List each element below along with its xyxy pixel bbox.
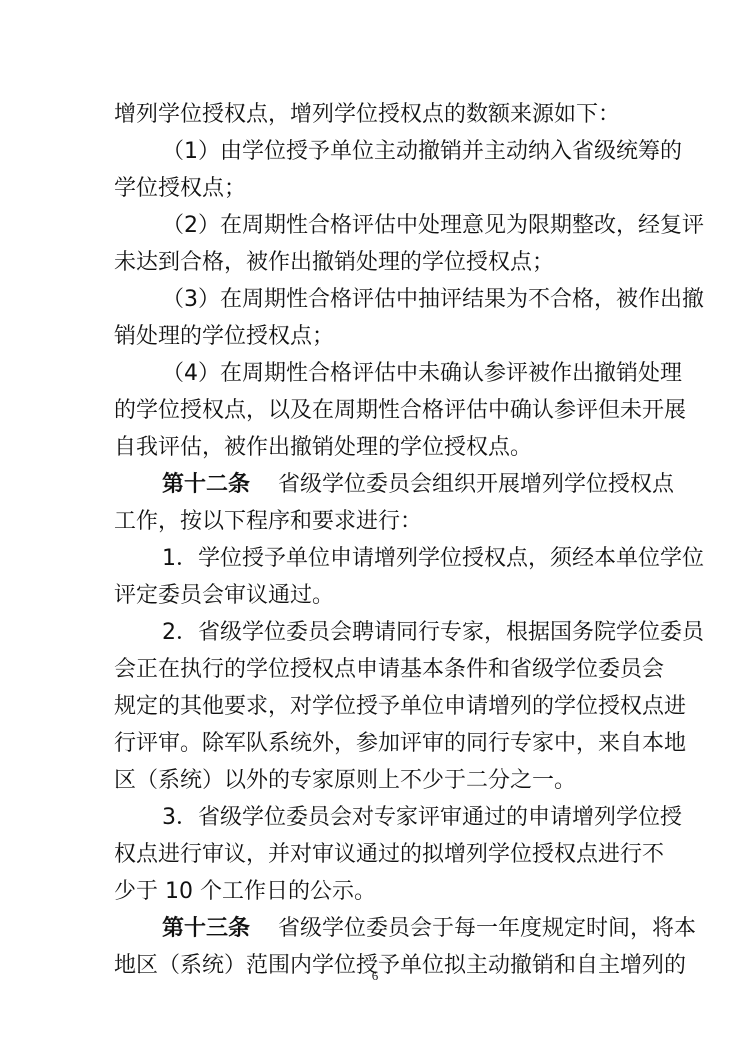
text-line: 1．学位授予单位申请增列学位授权点，须经本单位学位 [114, 540, 636, 577]
document-page: 增列学位授权点，增列学位授权点的数额来源如下：（1）由学位授予单位主动撤销并主动… [114, 96, 636, 984]
text-line: 区（系统）以外的专家原则上不少于二分之一。 [114, 762, 636, 799]
text-line: 2．省级学位委员会聘请同行专家，根据国务院学位委员 [114, 614, 636, 651]
article-12-body: 工作，按以下程序和要求进行：1．学位授予单位申请增列学位授权点，须经本单位学位评… [114, 503, 636, 910]
article-13-first-line: 省级学位委员会于每一年度规定时间，将本 [278, 916, 696, 941]
text-line: 会正在执行的学位授权点申请基本条件和省级学位委员会 [114, 651, 636, 688]
text-line: （1）由学位授予单位主动撤销并主动纳入省级统筹的 [114, 133, 636, 170]
article-12-heading: 第十二条 [162, 472, 250, 497]
text-line: 规定的其他要求，对学位授予单位申请增列的学位授权点进 [114, 688, 636, 725]
section-quota-sources: 增列学位授权点，增列学位授权点的数额来源如下：（1）由学位授予单位主动撤销并主动… [114, 96, 636, 466]
page-number: 6 [0, 968, 750, 984]
text-line: 3．省级学位委员会对专家评审通过的申请增列学位授 [114, 799, 636, 836]
text-line: 的学位授权点，以及在周期性合格评估中确认参评但未开展 [114, 392, 636, 429]
article-12-first-line: 省级学位委员会组织开展增列学位授权点 [278, 472, 674, 497]
text-line: 学位授权点； [114, 170, 636, 207]
article-13-heading-line: 第十三条省级学位委员会于每一年度规定时间，将本 [114, 910, 636, 947]
text-line: 工作，按以下程序和要求进行： [114, 503, 636, 540]
text-line: 少于 10 个工作日的公示。 [114, 873, 636, 910]
article-12-heading-line: 第十二条省级学位委员会组织开展增列学位授权点 [114, 466, 636, 503]
text-line: 自我评估，被作出撤销处理的学位授权点。 [114, 429, 636, 466]
text-line: 行评审。除军队系统外，参加评审的同行专家中，来自本地 [114, 725, 636, 762]
text-line: 未达到合格，被作出撤销处理的学位授权点； [114, 244, 636, 281]
text-line: 权点进行审议，并对审议通过的拟增列学位授权点进行不 [114, 836, 636, 873]
article-13-heading: 第十三条 [162, 916, 250, 941]
text-line: （2）在周期性合格评估中处理意见为限期整改，经复评 [114, 207, 636, 244]
text-line: 评定委员会审议通过。 [114, 577, 636, 614]
text-line: 增列学位授权点，增列学位授权点的数额来源如下： [114, 96, 636, 133]
text-line: （4）在周期性合格评估中未确认参评被作出撤销处理 [114, 355, 636, 392]
text-line: 销处理的学位授权点； [114, 318, 636, 355]
text-line: （3）在周期性合格评估中抽评结果为不合格，被作出撤 [114, 281, 636, 318]
